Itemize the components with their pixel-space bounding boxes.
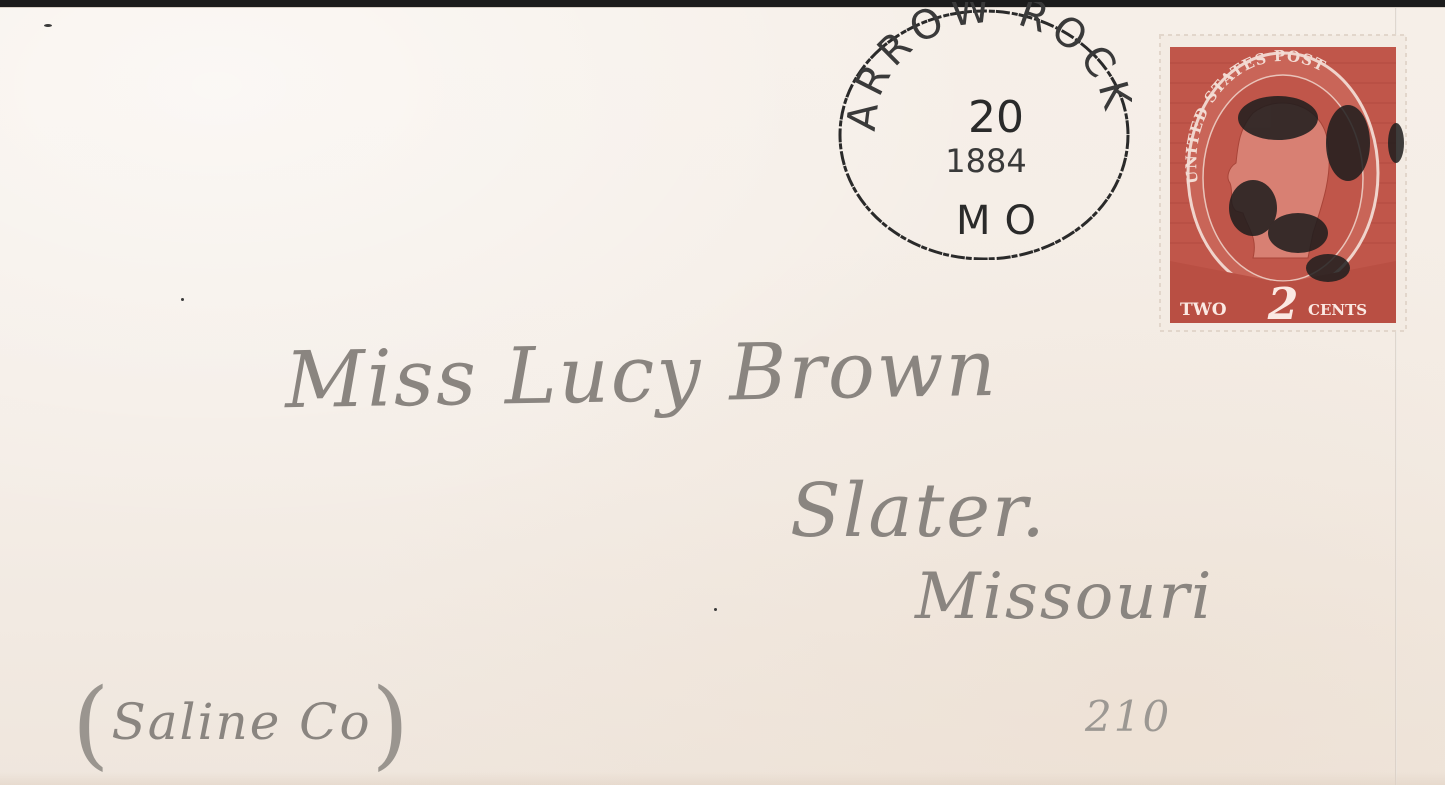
stamp-denomination-right: CENTS bbox=[1308, 301, 1367, 319]
postmark-day: 20 bbox=[968, 92, 1024, 143]
open-paren-mark: ( bbox=[72, 668, 111, 780]
address-state: Missouri bbox=[915, 560, 1214, 634]
close-paren-mark: ) bbox=[372, 668, 411, 780]
postmark-circle-icon: ARROW ROCK 20 1884 MO bbox=[836, 2, 1132, 260]
address-recipient-name: Miss Lucy Brown bbox=[284, 324, 998, 426]
paper-speck bbox=[44, 24, 52, 27]
stamp-denomination-left: TWO bbox=[1180, 300, 1227, 320]
stamp-denomination-numeral: 2 bbox=[1267, 279, 1299, 330]
postage-stamp: UNITED STATES POST TWO 2 CENTS bbox=[1158, 33, 1408, 333]
stamp-washington-icon: UNITED STATES POST TWO 2 CENTS bbox=[1158, 33, 1408, 333]
postmark-cds: ARROW ROCK 20 1884 MO bbox=[836, 2, 1132, 260]
address-city: Slater. bbox=[790, 468, 1047, 554]
paper-speck bbox=[714, 608, 717, 611]
postmark-state: MO bbox=[956, 198, 1050, 244]
paper-speck bbox=[181, 298, 184, 301]
postmark-year: 1884 bbox=[945, 142, 1026, 180]
county-annotation: (Saline Co) bbox=[72, 668, 411, 780]
county-text: Saline Co bbox=[111, 693, 371, 751]
pencil-price-note: 210 bbox=[1085, 692, 1171, 741]
